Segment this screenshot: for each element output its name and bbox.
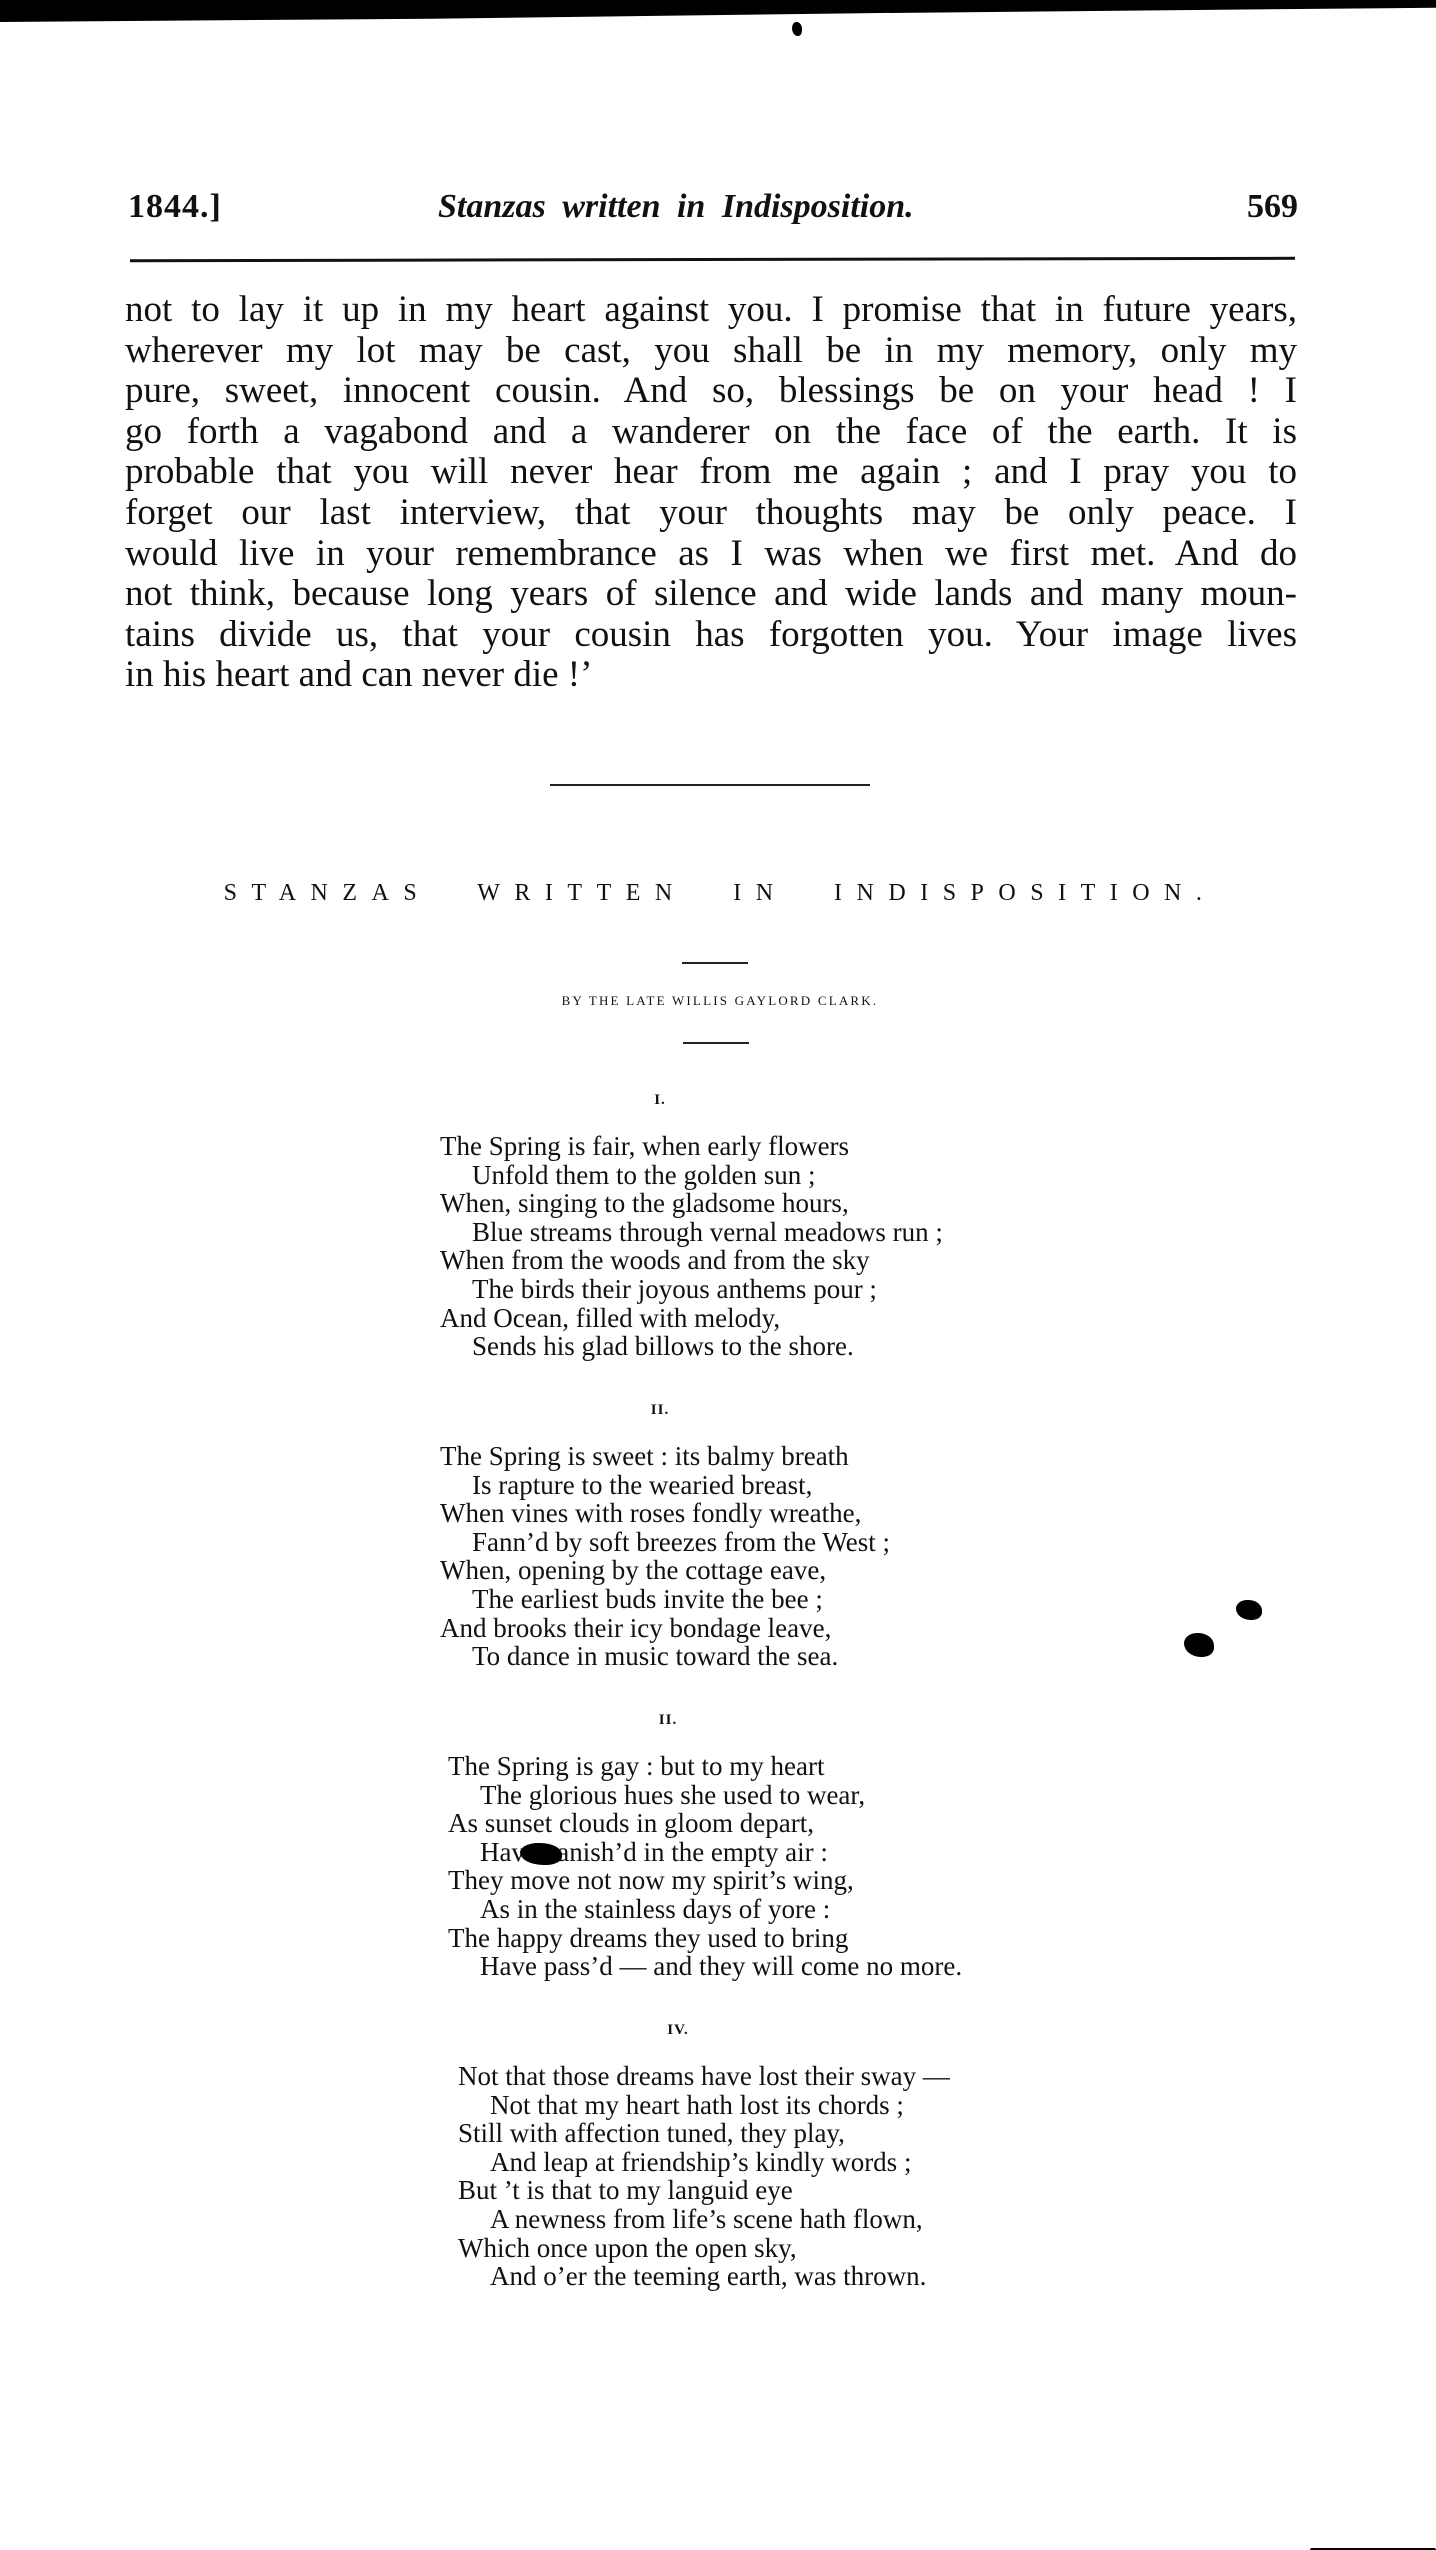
page-number: 569 <box>1247 188 1298 226</box>
ink-blot <box>1184 1633 1214 1657</box>
verse-line: Is rapture to the wearied breast, <box>440 1471 890 1500</box>
verse-line: Blue streams through vernal meadows run … <box>440 1218 943 1247</box>
prose-paragraph: not to lay it up in my heart against you… <box>125 290 1297 696</box>
verse-line: They move not now my spirit’s wing, <box>448 1866 962 1895</box>
verse-line: As sunset clouds in gloom depart, <box>448 1809 962 1838</box>
prose-line: not think, because long years of silence… <box>125 574 1297 615</box>
prose-line: go forth a vagabond and a wanderer on th… <box>125 412 1297 453</box>
stanza-numeral: I. <box>440 1092 880 1109</box>
verse-line: Still with affection tuned, they play, <box>458 2119 950 2148</box>
header-year: 1844.] <box>128 188 222 226</box>
poem-byline: BY THE LATE WILLIS GAYLORD CLARK. <box>480 993 960 1009</box>
verse-line: The Spring is gay : but to my heart <box>448 1752 962 1781</box>
prose-line: wherever my lot may be cast, you shall b… <box>125 331 1297 372</box>
verse-line: A newness from life’s scene hath flown, <box>458 2205 950 2234</box>
verse-line: And o’er the teeming earth, was thrown. <box>458 2262 950 2291</box>
title-rule <box>682 962 748 964</box>
verse-line: Not that my heart hath lost its chords ; <box>458 2091 950 2120</box>
prose-line: pure, sweet, innocent cousin. And so, bl… <box>125 371 1297 412</box>
prose-line: tains divide us, that your cousin has fo… <box>125 615 1297 656</box>
verse-line: The birds their joyous anthems pour ; <box>440 1275 943 1304</box>
prose-line: in his heart and can never die !’ <box>125 655 1297 696</box>
poem-title: STANZAS WRITTEN IN INDISPOSITION. <box>205 880 1235 907</box>
verse-line: The Spring is fair, when early flowers <box>440 1132 943 1161</box>
verse-line: Unfold them to the golden sun ; <box>440 1161 943 1190</box>
stanza-numeral: IV. <box>458 2022 898 2039</box>
verse-line: The happy dreams they used to bring <box>448 1924 962 1953</box>
verse-line: When, opening by the cottage eave, <box>440 1556 890 1585</box>
verse-line: When, singing to the gladsome hours, <box>440 1189 943 1218</box>
verse-line: Fann’d by soft breezes from the West ; <box>440 1528 890 1557</box>
prose-line: not to lay it up in my heart against you… <box>125 290 1297 331</box>
verse-line: To dance in music toward the sea. <box>440 1642 890 1671</box>
verse-line: But ’t is that to my languid eye <box>458 2176 950 2205</box>
ink-speck <box>792 22 802 36</box>
scan-edge-shadow <box>0 0 1436 22</box>
header-rule <box>130 257 1295 262</box>
prose-line: forget our last interview, that your tho… <box>125 493 1297 534</box>
header-running-title: Stanzas written in Indisposition. <box>438 188 914 226</box>
byline-rule <box>683 1042 749 1044</box>
verse-line: And Ocean, filled with melody, <box>440 1304 943 1333</box>
section-separator <box>550 784 870 786</box>
verse-line: Not that those dreams have lost their sw… <box>458 2062 950 2091</box>
verse-line: Which once upon the open sky, <box>458 2234 950 2263</box>
verse-line: When from the woods and from the sky <box>440 1246 943 1275</box>
verse-line: The glorious hues she used to wear, <box>448 1781 962 1810</box>
stanza-numeral: II. <box>448 1712 888 1729</box>
verse-line: The earliest buds invite the bee ; <box>440 1585 890 1614</box>
running-header: 1844.] Stanzas written in Indisposition.… <box>128 188 1298 232</box>
prose-line: would live in your remembrance as I was … <box>125 534 1297 575</box>
ink-blot <box>1236 1600 1262 1620</box>
verse-line: When vines with roses fondly wreathe, <box>440 1499 890 1528</box>
verse-line: The Spring is sweet : its balmy breath <box>440 1442 890 1471</box>
verse-line: Sends his glad billows to the shore. <box>440 1332 943 1361</box>
verse-line: And leap at friendship’s kindly words ; <box>458 2148 950 2177</box>
stanza-numeral: II. <box>440 1402 880 1419</box>
prose-line: probable that you will never hear from m… <box>125 452 1297 493</box>
verse-line: And brooks their icy bondage leave, <box>440 1614 890 1643</box>
verse-line: Have pass’d — and they will come no more… <box>448 1952 962 1981</box>
verse-line: As in the stainless days of yore : <box>448 1895 962 1924</box>
